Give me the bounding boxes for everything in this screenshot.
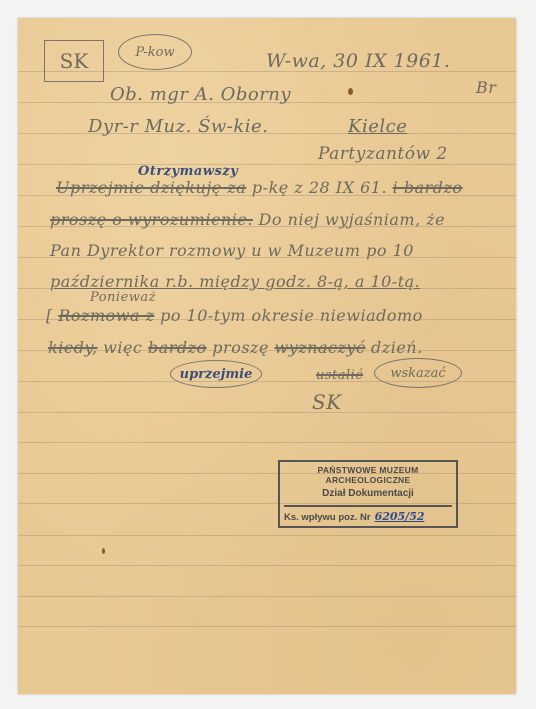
ruled-line <box>18 626 516 627</box>
struck-text: wyznaczyć <box>275 338 366 357</box>
body-line-4: października r.b. między godz. 8-ą, a 10… <box>50 272 420 291</box>
inserted-word: Otrzymawszy <box>138 164 238 179</box>
ruled-line <box>18 164 516 165</box>
addressee-line-2: Dyr-r Muz. Św-kie. <box>88 116 268 137</box>
body-text: dzień. <box>371 338 423 357</box>
ruled-line <box>18 596 516 597</box>
struck-ustalic: ustalić <box>316 368 363 383</box>
body-text: p-kę z 28 IX 61. <box>252 178 387 197</box>
stamp-department: Dział Dokumentacji <box>284 488 452 499</box>
struck-text: Uprzejmie dziękuję za <box>56 178 246 197</box>
place-date: W-wa, 30 IX 1961. <box>266 50 450 72</box>
struck-text: kiedy, <box>48 338 98 357</box>
circled-uprzejmie: uprzejmie <box>170 360 262 388</box>
circled-uprzejmie-text: uprzejmie <box>180 367 253 382</box>
body-text: proszę <box>212 338 269 357</box>
ruled-line <box>18 412 516 413</box>
body-line-2: proszę o wyrozumienie. Do niej wyjaśniam… <box>50 210 445 229</box>
circled-wskazac: wskazać <box>374 358 462 388</box>
inserted-poniewaz: Ponieważ <box>90 290 156 305</box>
body-line-6: kiedy, więc bardzo proszę wyznaczyć dzie… <box>48 338 423 357</box>
stamp-institution: PAŃSTWOWE MUZEUM ARCHEOLOGICZNE <box>284 465 452 485</box>
struck-text: bardzo <box>148 338 207 357</box>
initial-right: Br <box>476 78 496 97</box>
stamp-divider <box>284 505 452 507</box>
circled-note: P-kow <box>118 34 192 70</box>
ruled-line <box>18 442 516 443</box>
body-line-3: Pan Dyrektor rozmowy u w Muzeum po 10 <box>50 241 414 260</box>
city: Kielce <box>348 116 407 137</box>
body-text: więc <box>103 338 142 357</box>
paper-stain <box>348 88 353 95</box>
body-text: Do niej wyjaśniam, że <box>259 210 446 229</box>
paper-stain <box>102 548 105 554</box>
circled-wskazac-text: wskazać <box>390 366 445 381</box>
struck-text: Rozmowa z <box>58 306 154 325</box>
signature: SK <box>312 390 342 414</box>
body-text: po 10-tym okresie niewiadomo <box>160 306 423 325</box>
stamp-entry-number: 6205/52 <box>375 510 425 523</box>
addressee-line-1: Ob. mgr A. Oborny <box>110 84 291 105</box>
body-line-1: Uprzejmie dziękuję za p-kę z 28 IX 61. i… <box>56 178 463 197</box>
ruled-line <box>18 535 516 536</box>
corner-initials: SK <box>60 49 89 73</box>
ruled-line <box>18 565 516 566</box>
stamp-entry-label: Ks. wpływu poz. Nr <box>284 512 371 523</box>
struck-text: i bardzo <box>393 178 463 197</box>
street: Partyzantów 2 <box>318 144 448 164</box>
stamp-entry-row: Ks. wpływu poz. Nr 6205/52 <box>284 510 452 523</box>
struck-text: proszę o wyrozumienie. <box>50 210 253 229</box>
letter-sheet: SK P-kow W-wa, 30 IX 1961. Br Ob. mgr A.… <box>18 18 516 694</box>
circled-note-text: P-kow <box>135 45 174 60</box>
body-line-5: [ Rozmowa z po 10-tym okresie niewiadomo <box>46 306 423 325</box>
archive-stamp: PAŃSTWOWE MUZEUM ARCHEOLOGICZNE Dział Do… <box>278 460 458 528</box>
corner-initials-box: SK <box>44 40 104 82</box>
